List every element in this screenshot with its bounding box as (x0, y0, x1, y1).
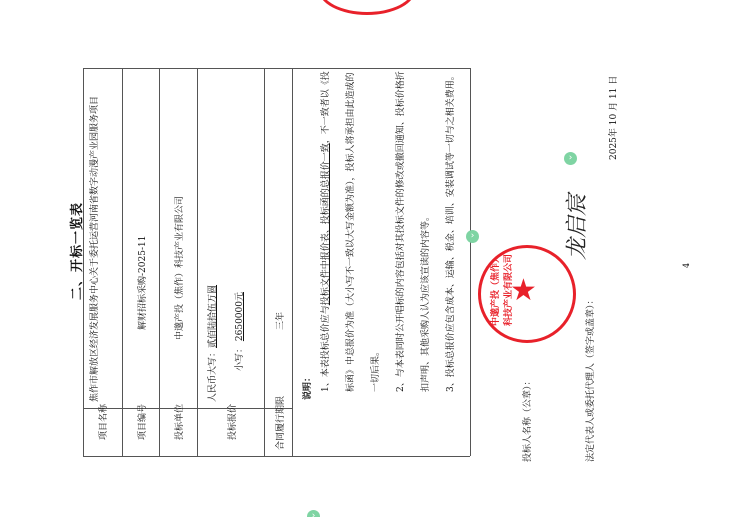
marker-check-icon[interactable]: › (307, 510, 320, 517)
bid-price-lower-value: 2650000元 (235, 292, 245, 341)
label-project-number: 项目编号 (135, 404, 148, 440)
table-border-right (470, 68, 471, 456)
row-divider (159, 68, 160, 456)
marker-check-icon[interactable]: › (564, 152, 577, 165)
sign-date: 2025年 10 月 11 日 (606, 76, 619, 160)
value-contract-period: 三年 (273, 312, 286, 330)
row-divider (264, 68, 265, 456)
bid-price-upper-value: 贰佰陆拾伍万圆 (208, 285, 218, 348)
bid-price-upper-label: 人民币大写： (208, 348, 218, 402)
bid-price-lower: 小写： 2650000元 (232, 292, 245, 371)
label-column-divider (83, 408, 292, 409)
label-bidder: 投标单位 (172, 404, 185, 440)
notes-body: 1、本表投标总价应与投标文件中报价表、投标函的总报价一致，不一致者以《投标函》中… (298, 67, 464, 392)
row-divider (197, 68, 198, 456)
page-number: 4 (682, 263, 691, 268)
bid-price-lower-label: 小写： (235, 344, 245, 371)
bid-price-upper: 人民币大写：贰佰陆拾伍万圆 (205, 285, 218, 402)
label-bid-price: 投标报价 (225, 404, 238, 440)
label-contract-period: 合同履行期限 (273, 396, 286, 450)
note-3: 3、投标总报价应包含成本、运输、税金、培训、安装调试等一切与之相关费用。 (439, 67, 464, 392)
legal-rep-label: 法定代表人或委托代理人（签字或盖章）： (583, 295, 596, 462)
partial-seal-top (318, 0, 416, 15)
note-1: 1、本表投标总价应与投标文件中报价表、投标函的总报价一致，不一致者以《投标函》中… (298, 67, 389, 392)
value-project-number: 解财招标采购-2025-11 (135, 236, 148, 330)
seal-text: 中邈产投（焦作）科技产业有限公司 (488, 250, 514, 330)
table-border-bottom (83, 456, 470, 457)
row-divider (122, 68, 123, 456)
value-bidder: 中邈产投（焦作）科技产业有限公司 (172, 196, 185, 340)
value-project-name: 焦作市解放区经济发展服务中心关于委托运营河南省数字动漫产业园服务项目 (88, 72, 102, 402)
note-2: 2、与本表同时公开唱标的内容包括对其投标文件的修改或撤回通知、投标价格折扣声明、… (389, 67, 439, 392)
table-border-left (83, 68, 84, 456)
handwritten-signature: 龙启宸 (560, 194, 591, 260)
row-divider (292, 68, 293, 456)
marker-check-icon[interactable]: › (466, 230, 479, 243)
seal-star-icon: ★ (510, 276, 537, 306)
bidder-seal-label: 投标人名称（公章）： (520, 376, 533, 462)
label-project-name: 项目名称 (96, 404, 109, 440)
